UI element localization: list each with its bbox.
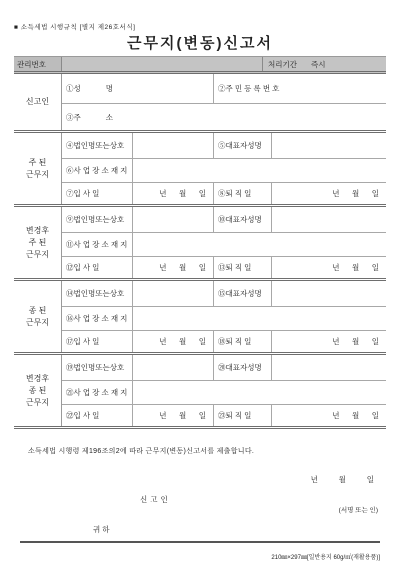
company-name-input-cell[interactable] <box>133 355 214 380</box>
company-name-label: ⑭법인명또는상호 <box>62 281 133 306</box>
leave-date-value[interactable]: 년 월 일 <box>272 331 386 352</box>
section-label-declarant: 신고인 <box>14 74 62 130</box>
join-date-label: ㉒입 사 일 <box>62 405 133 426</box>
leave-date-value[interactable]: 년 월 일 <box>272 183 386 204</box>
form-table: 관리번호 처리기간 즉시 신고인 ①성 명 ②주 민 등 록 번 호 ③주 소 <box>14 56 386 429</box>
business-address-label: ⑪사 업 장 소 재 지 <box>62 233 133 256</box>
business-address-label: ⑯사 업 장 소 재 지 <box>62 307 133 330</box>
section-label-main-workplace: 주 된 근무지 <box>14 133 62 204</box>
signature-or-seal-note: (서명 또는 인) <box>339 505 378 514</box>
company-name-label: ⑨법인명또는상호 <box>62 207 133 232</box>
business-address-input-cell[interactable] <box>133 381 386 404</box>
table-header-row: 관리번호 처리기간 즉시 <box>14 57 386 74</box>
leave-date-label: ㉓퇴 직 일 <box>214 405 272 426</box>
representative-label: ⑩대표자성명 <box>214 207 272 232</box>
join-date-label: ⑫입 사 일 <box>62 257 133 278</box>
leave-date-label: ⑧퇴 직 일 <box>214 183 272 204</box>
leave-date-value[interactable]: 년 월 일 <box>272 257 386 278</box>
company-name-input-cell[interactable] <box>133 133 214 158</box>
business-address-label: ⑥사 업 장 소 재 지 <box>62 159 133 182</box>
form-reference-note: ■ 소득세법 시행규칙 [별지 제26호서식] <box>14 22 135 31</box>
section-declarant: 신고인 ①성 명 ②주 민 등 록 번 호 ③주 소 <box>14 74 386 133</box>
join-date-value[interactable]: 년 월 일 <box>133 405 214 426</box>
form-page: ■ 소득세법 시행규칙 [별지 제26호서식] 근무지(변동)신고서 관리번호 … <box>0 0 400 577</box>
representative-label: ⑳대표자성명 <box>214 355 272 380</box>
company-name-label: ⑲법인명또는상호 <box>62 355 133 380</box>
company-name-input-cell[interactable] <box>133 281 214 306</box>
footer-divider <box>20 541 380 543</box>
company-name-label: ④법인명또는상호 <box>62 133 133 158</box>
representative-input-cell[interactable] <box>272 355 386 380</box>
leave-date-value[interactable]: 년 월 일 <box>272 405 386 426</box>
rrn-input-cell[interactable] <box>272 74 386 103</box>
join-date-value[interactable]: 년 월 일 <box>133 183 214 204</box>
processing-period-cell: 처리기간 즉시 <box>262 57 386 71</box>
paper-spec-note: 210㎜×297㎜[일반용지 60g/㎡(재활용품)] <box>271 552 380 561</box>
business-address-input-cell[interactable] <box>133 307 386 330</box>
representative-input-cell[interactable] <box>272 281 386 306</box>
recipient-label: 귀하 <box>93 524 112 535</box>
leave-date-label: ⑱퇴 직 일 <box>214 331 272 352</box>
form-title: 근무지(변동)신고서 <box>0 32 400 53</box>
section-secondary-workplace-after-change: 변경후 종 된 근무지 ⑲법인명또는상호 ⑳대표자성명 ㉑사 업 장 소 재 지… <box>14 355 386 429</box>
business-address-input-cell[interactable] <box>133 159 386 182</box>
section-label-secondary-workplace-after-change: 변경후 종 된 근무지 <box>14 355 62 426</box>
leave-date-label: ⑬퇴 직 일 <box>214 257 272 278</box>
rrn-label: ②주 민 등 록 번 호 <box>214 74 272 103</box>
representative-input-cell[interactable] <box>272 133 386 158</box>
join-date-value[interactable]: 년 월 일 <box>133 257 214 278</box>
processing-period-value: 즉시 <box>311 59 326 70</box>
business-address-label: ㉑사 업 장 소 재 지 <box>62 381 133 404</box>
management-number-label: 관리번호 <box>14 57 62 71</box>
join-date-value[interactable]: 년 월 일 <box>133 331 214 352</box>
management-number-input-cell[interactable] <box>62 57 262 71</box>
join-date-label: ⑰입 사 일 <box>62 331 133 352</box>
join-date-label: ⑦입 사 일 <box>62 183 133 204</box>
representative-label: ⑮대표자성명 <box>214 281 272 306</box>
processing-period-label: 처리기간 <box>268 59 297 70</box>
section-main-workplace-after-change: 변경후 주 된 근무지 ⑨법인명또는상호 ⑩대표자성명 ⑪사 업 장 소 재 지… <box>14 207 386 281</box>
section-label-secondary-workplace: 종 된 근무지 <box>14 281 62 352</box>
name-label: ①성 명 <box>62 74 214 103</box>
company-name-input-cell[interactable] <box>133 207 214 232</box>
section-main-workplace: 주 된 근무지 ④법인명또는상호 ⑤대표자성명 ⑥사 업 장 소 재 지 ⑦입 … <box>14 133 386 207</box>
signature-date-line[interactable]: 년 월 일 <box>311 474 374 485</box>
representative-label: ⑤대표자성명 <box>214 133 272 158</box>
section-secondary-workplace: 종 된 근무지 ⑭법인명또는상호 ⑮대표자성명 ⑯사 업 장 소 재 지 ⑰입 … <box>14 281 386 355</box>
representative-input-cell[interactable] <box>272 207 386 232</box>
statement-text: 소득세법 시행령 제196조의2에 따라 근무지(변동)신고서를 제출합니다. <box>28 446 254 456</box>
address-label: ③주 소 <box>62 104 386 130</box>
section-label-main-workplace-after-change: 변경후 주 된 근무지 <box>14 207 62 278</box>
business-address-input-cell[interactable] <box>133 233 386 256</box>
declarant-signature-label: 신고인 <box>140 494 171 505</box>
